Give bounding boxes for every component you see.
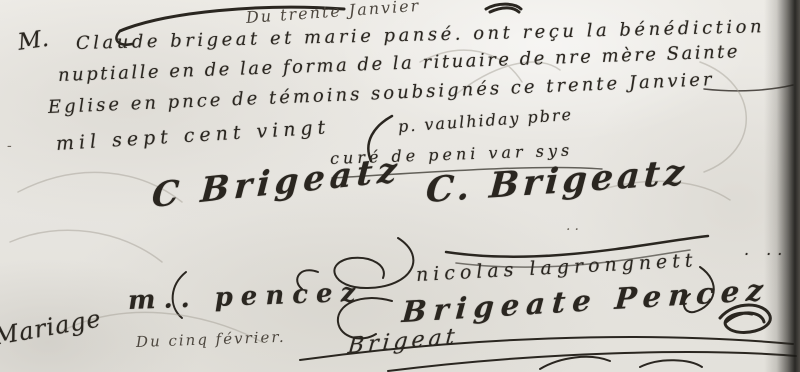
flourish-bottom-cut2 bbox=[640, 360, 702, 367]
manuscript-page: Du trente Janvier M. Claude brigeat et m… bbox=[0, 0, 800, 372]
flourish-bottom-sweep2 bbox=[388, 352, 796, 371]
signature-bottom-partial: Brigeat bbox=[347, 324, 460, 359]
body-line-4: mil sept cent vingt bbox=[55, 116, 331, 155]
flourish-topright-scribble bbox=[486, 4, 521, 12]
heading-date: Du trente Janvier bbox=[245, 0, 420, 27]
officiant-signature: p. vaulhiday pbre bbox=[397, 105, 573, 136]
margin-letter: M. bbox=[16, 26, 50, 56]
ghost-stroke-2 bbox=[10, 230, 162, 262]
ink-stray-dash: - bbox=[7, 138, 12, 154]
signature-witness-pencez: m.. pencez bbox=[127, 278, 363, 316]
page-edge-shadow bbox=[764, 0, 800, 372]
bottom-date-note: Du cinq février. bbox=[136, 328, 286, 351]
flourish-bottom-cut1 bbox=[540, 357, 610, 369]
signature-groom-left: C Brigeatz bbox=[151, 150, 403, 217]
margin-bottom-note: Mariage bbox=[0, 304, 104, 350]
ink-dots-middle: .. bbox=[566, 218, 583, 234]
